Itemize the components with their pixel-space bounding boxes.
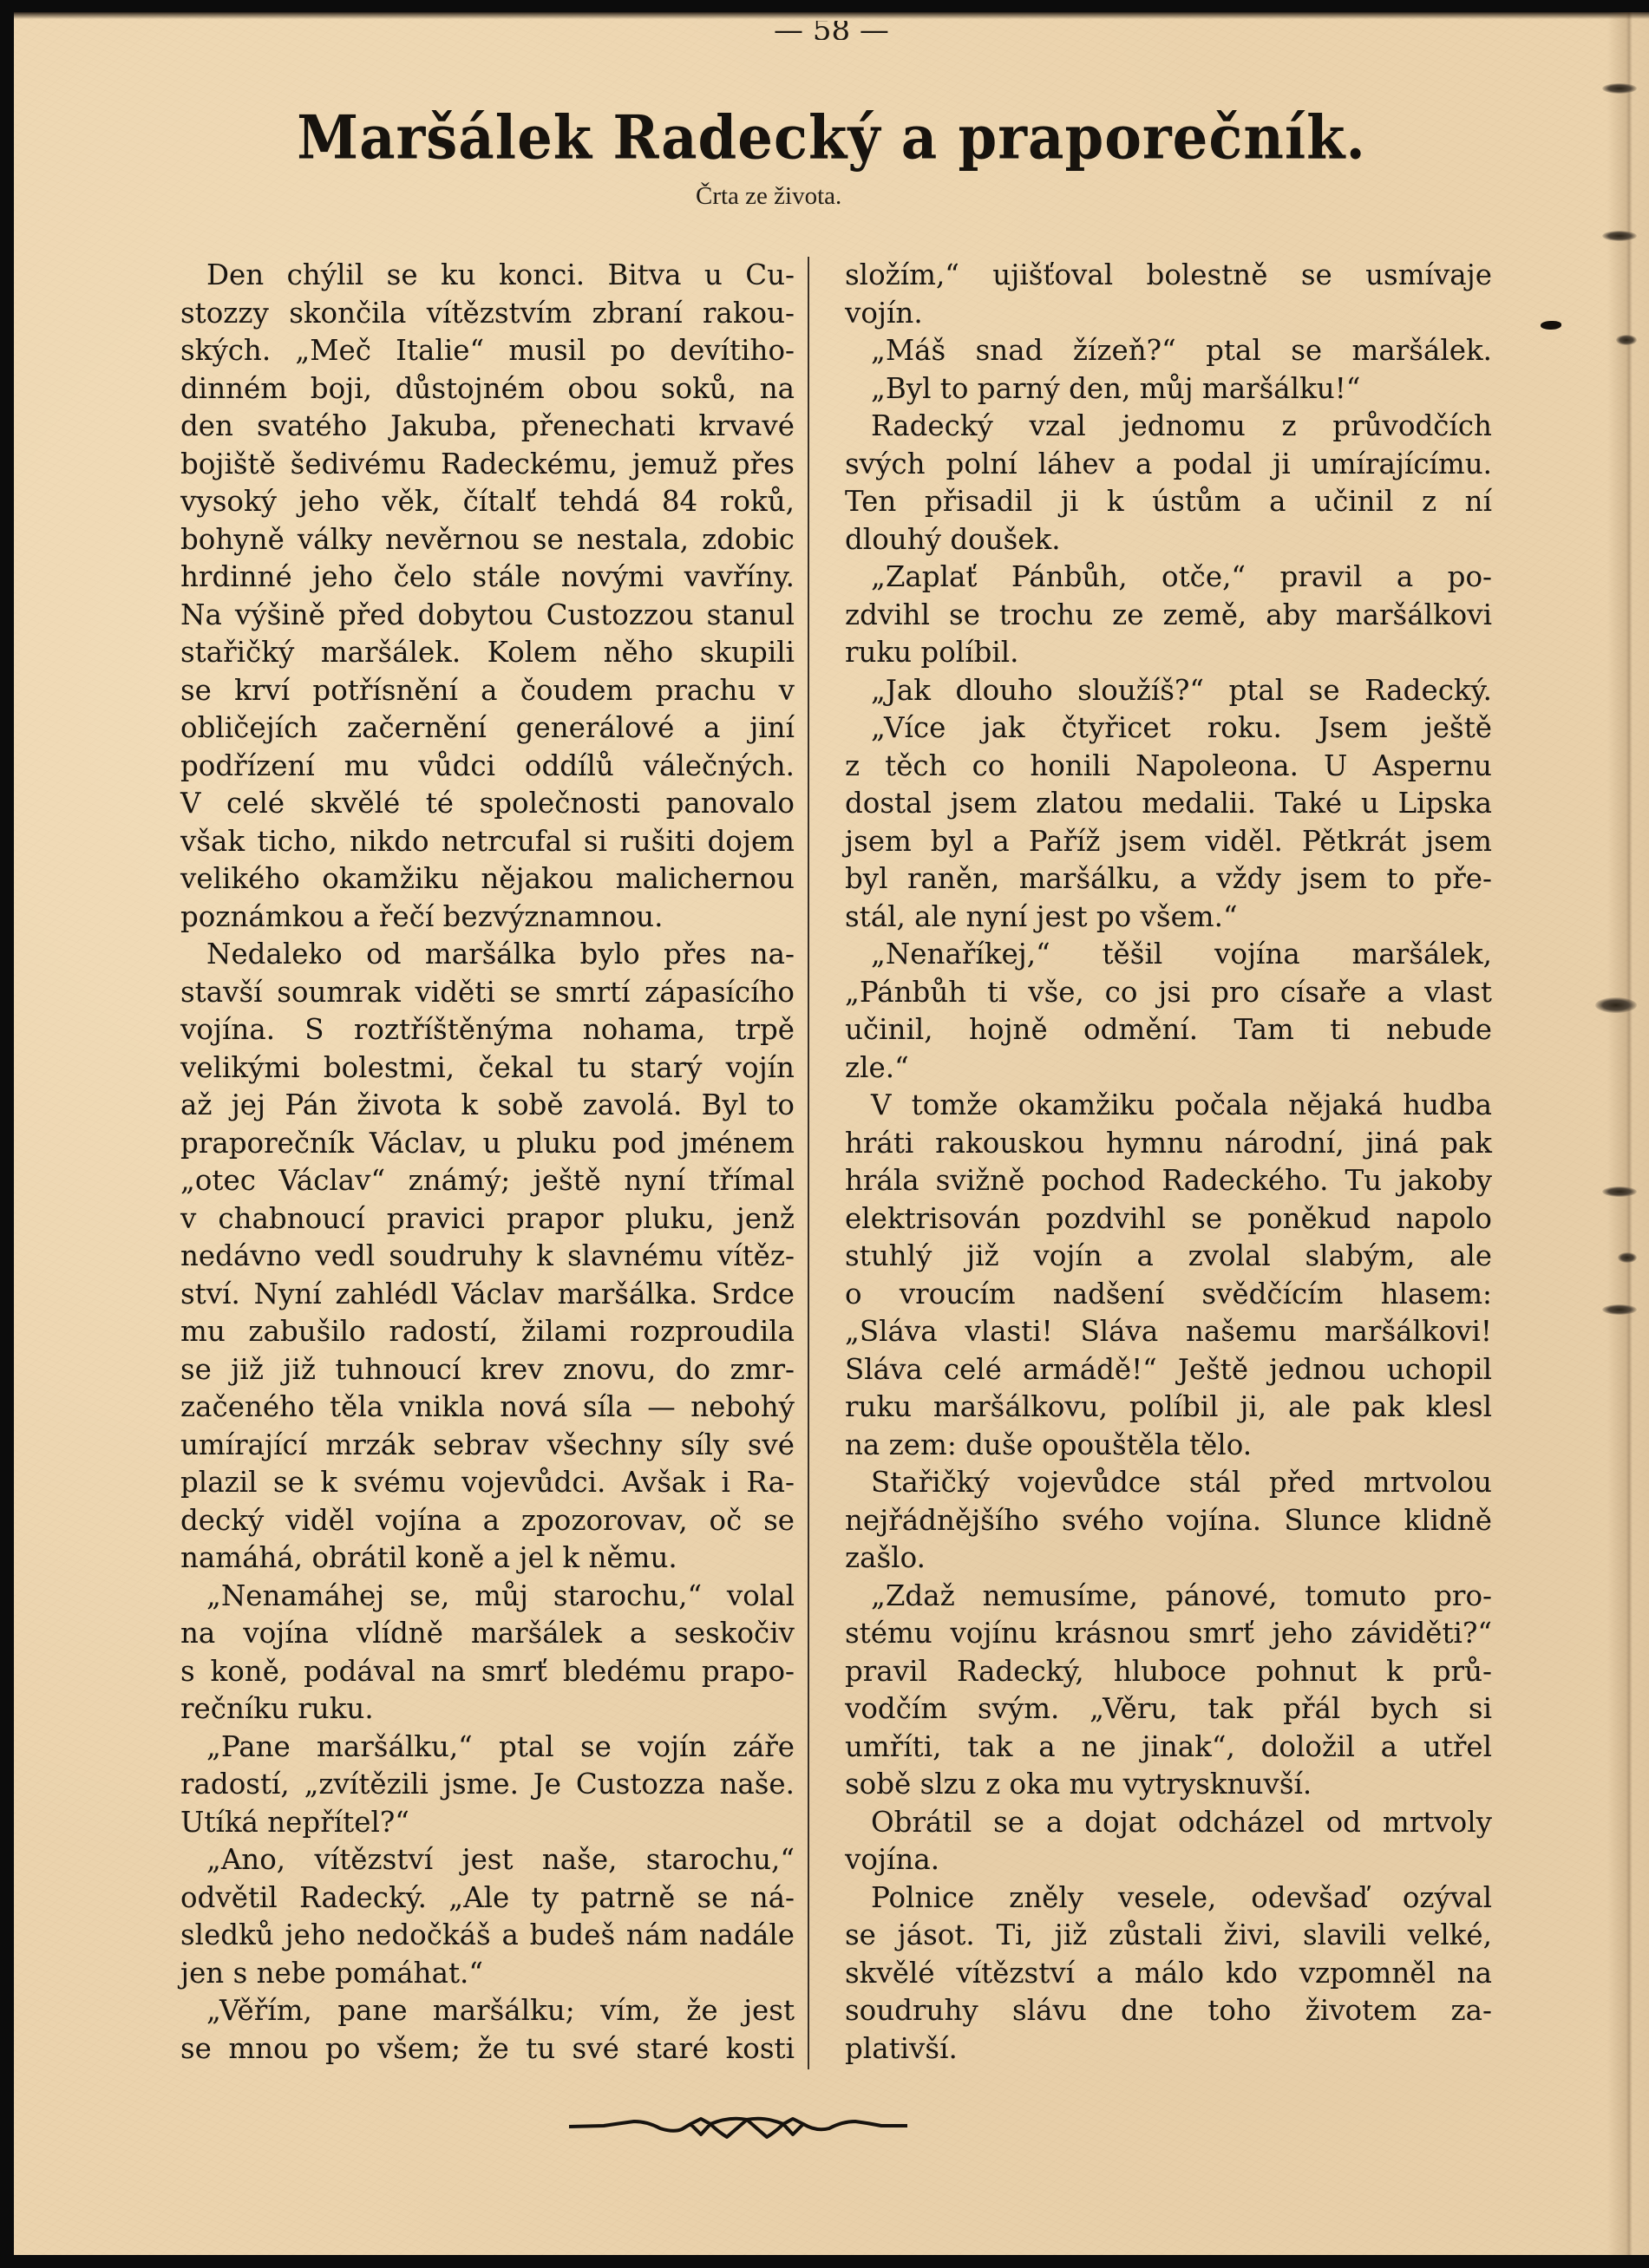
text-line: se mnou po všem; že tu své staré kosti [180, 2030, 795, 2069]
text-line: den svatého Jakuba, přenechati krvavé [180, 408, 795, 446]
text-line: z těch co honili Napoleona. U Aspernu [845, 748, 1492, 786]
text-line: vodčím svým. „Věru, tak přál bych si [845, 1690, 1492, 1729]
text-line: stál, ale nyní jest po všem.“ [845, 899, 1492, 937]
text-line: rečníku ruku. [180, 1690, 795, 1729]
text-line: „Věřím, pane maršálku; vím, že jest [180, 1992, 795, 2030]
text-line: složím,“ ujišťoval bolestně se usmívaje [845, 257, 1492, 295]
text-line: sledků jeho nedočkáš a budeš nám nadále [180, 1917, 795, 1955]
text-line: hrála svižně pochod Radeckého. Tu jakoby [845, 1162, 1492, 1200]
text-line: Nedaleko od maršálka bylo přes na- [180, 936, 795, 974]
text-line: nejřádnějšího svého vojína. Slunce klidn… [845, 1502, 1492, 1540]
binding-stitch-mark [1618, 1252, 1637, 1263]
text-line: stařičký maršálek. Kolem něho skupili [180, 634, 795, 672]
binding-stitch-mark [1602, 1304, 1637, 1315]
ink-blot [1541, 321, 1561, 330]
text-line: „Nenamáhej se, můj starochu,“ volal [180, 1578, 795, 1616]
page-top-shadow [14, 12, 1649, 19]
text-line: Obrátil se a dojat odcházel od mrtvoly [845, 1804, 1492, 1842]
text-line: „Zdaž nemusíme, pánové, tomuto pro- [845, 1578, 1492, 1616]
page-number: — 58 — [14, 21, 1649, 40]
text-line: vojína. [845, 1841, 1492, 1879]
text-line: ruku maršálkovu, políbil ji, ale pak kle… [845, 1389, 1492, 1427]
text-line: „Nenaříkej,“ těšil vojína maršálek, [845, 936, 1492, 974]
text-line: Stařičký vojevůdce stál před mrtvolou [845, 1464, 1492, 1502]
text-line: s koně, podával na smrť bledému prapo- [180, 1653, 795, 1691]
text-line: „Pane maršálku,“ ptal se vojín záře [180, 1729, 795, 1767]
text-line: vysoký jeho věk, čítalť tehdá 84 roků, [180, 483, 795, 521]
text-line: Utíká nepřítel?“ [180, 1804, 795, 1842]
text-line: V celé skvělé té společnosti panovalo [180, 785, 795, 823]
text-line: velikými bolestmi, čekal tu starý vojín [180, 1049, 795, 1088]
text-line: ství. Nyní zahlédl Václav maršálka. Srdc… [180, 1276, 795, 1314]
text-line: „Více jak čtyřicet roku. Jsem ještě [845, 709, 1492, 748]
text-line: bohyně války nevěrnou se nestala, zdobic [180, 521, 795, 559]
binding-stitch-mark [1602, 83, 1637, 94]
text-line: jsem byl a Paříž jsem viděl. Pětkrát jse… [845, 823, 1492, 861]
binding-stitch-mark [1616, 335, 1637, 345]
text-line: skvělé vítězství a málo kdo vzpomněl na [845, 1955, 1492, 1993]
text-line: decký viděl vojína a zpozorovav, oč se [180, 1502, 795, 1540]
text-line: jen s nebe pomáhat.“ [180, 1955, 795, 1993]
text-line: vojína. S roztříštěnýma nohama, trpě [180, 1011, 795, 1049]
right-text-column: složím,“ ujišťoval bolestně se usmívajev… [845, 257, 1492, 2068]
text-line: „Zaplať Pánbůh, otče,“ pravil a po- [845, 559, 1492, 597]
text-line: obličejích začernění generálové a jiní [180, 709, 795, 748]
left-text-column: Den chýlil se ku konci. Bitva u Cu-stozz… [180, 257, 795, 2068]
text-line: ských. „Meč Italie“ musil po devítiho- [180, 332, 795, 370]
article-subtitle: Črta ze života. [696, 182, 841, 211]
text-line: „Jak dlouho sloužíš?“ ptal se Radecký. [845, 672, 1492, 710]
text-line: hráti rakouskou hymnu národní, jiná pak [845, 1125, 1492, 1163]
text-line: Ten přisadil ji k ústům a učinil z ní [845, 483, 1492, 521]
text-line: soudruhy slávu dne toho životem za- [845, 1992, 1492, 2030]
text-line: zašlo. [845, 1539, 1492, 1578]
text-line: stému vojínu krásnou smrť jeho záviděti?… [845, 1615, 1492, 1653]
text-line: stozzy skončila vítězstvím zbraní rakou- [180, 295, 795, 333]
text-line: dlouhý doušek. [845, 521, 1492, 559]
text-line: odvětil Radecký. „Ale ty patrně se ná- [180, 1879, 795, 1918]
text-line: mu zabušilo radostí, žilami rozproudila [180, 1313, 795, 1351]
text-line: dinném boji, důstojném obou soků, na [180, 370, 795, 409]
text-line: bojiště šedivému Radeckému, jemuž přes [180, 446, 795, 484]
text-line: ruku políbil. [845, 634, 1492, 672]
text-line: „Sláva vlasti! Sláva našemu maršálkovi! [845, 1313, 1492, 1351]
text-line: až jej Pán života k sobě zavolá. Byl to [180, 1087, 795, 1125]
text-line: byl raněn, maršálku, a vždy jsem to pře- [845, 860, 1492, 899]
text-line: dostal jsem zlatou medalii. Také u Lipsk… [845, 785, 1492, 823]
text-line: zle.“ [845, 1049, 1492, 1088]
text-line: namáhá, obrátil koně a jel k němu. [180, 1539, 795, 1578]
text-line: Na výšině před dobytou Custozzou stanul [180, 597, 795, 635]
text-line: umírající mrzák sebrav všechny síly své [180, 1427, 795, 1465]
text-line: „Byl to parný den, můj maršálku!“ [845, 370, 1492, 409]
text-line: Den chýlil se ku konci. Bitva u Cu- [180, 257, 795, 295]
text-line: praporečník Václav, u pluku pod jménem [180, 1125, 795, 1163]
text-line: hrdinné jeho čelo stále novými vavříny. [180, 559, 795, 597]
binding-stitch-mark [1602, 1186, 1637, 1197]
text-line: začeného těla vnikla nová síla — nebohý [180, 1389, 795, 1427]
text-line: učinil, hojně odmění. Tam ti nebude [845, 1011, 1492, 1049]
text-line: „Ano, vítězství jest naše, starochu,“ [180, 1841, 795, 1879]
binding-stitch-mark [1602, 231, 1637, 241]
text-line: „Máš snad žízeň?“ ptal se maršálek. [845, 332, 1492, 370]
text-line: nedávno vedl soudruhy k slavnému vítěz- [180, 1238, 795, 1276]
text-line: sobě slzu z oka mu vytrysknuvší. [845, 1766, 1492, 1804]
text-line: elektrisován pozdvihl se poněkud napolo [845, 1200, 1492, 1239]
text-line: se krví potřísnění a čoudem prachu v [180, 672, 795, 710]
text-line: se jásot. Ti, již zůstali živi, slavili … [845, 1917, 1492, 1955]
text-line: však ticho, nikdo netrcufal si rušiti do… [180, 823, 795, 861]
text-line: stuhlý již vojín a zvolal slabým, ale [845, 1238, 1492, 1276]
text-line: stavší soumrak viděti se smrtí zápasícíh… [180, 974, 795, 1012]
text-line: velikého okamžiku nějakou malichernou [180, 860, 795, 899]
text-line: v chabnoucí pravici prapor pluku, jenž [180, 1200, 795, 1239]
text-line: „Pánbůh ti vše, co jsi pro císaře a vlas… [845, 974, 1492, 1012]
article-title: Maršálek Radecký a praporečník. [14, 103, 1649, 173]
text-line: radostí, „zvítězili jsme. Je Custozza na… [180, 1766, 795, 1804]
text-line: vojín. [845, 295, 1492, 333]
text-line: na zem: duše opouštěla tělo. [845, 1427, 1492, 1465]
text-line: se již již tuhnoucí krev znovu, do zmr- [180, 1351, 795, 1389]
text-line: zdvihl se trochu ze země, aby maršálkovi [845, 597, 1492, 635]
text-line: „otec Václav“ známý; ještě nyní třímal [180, 1162, 795, 1200]
text-line: Polnice zněly vesele, odevšaď ozýval [845, 1879, 1492, 1918]
text-line: Radecký vzal jednomu z průvodčích [845, 408, 1492, 446]
text-line: svých polní láhev a podal ji umírajícímu… [845, 446, 1492, 484]
book-page: — 58 — Maršálek Radecký a praporečník. Č… [14, 12, 1649, 2255]
page-fold-edge [1607, 12, 1649, 2255]
text-line: poznámkou a řečí bezvýznamnou. [180, 899, 795, 937]
text-line: plativší. [845, 2030, 1492, 2069]
text-line: pravil Radecký, hluboce pohnut k prů- [845, 1653, 1492, 1691]
column-divider [808, 257, 809, 2069]
text-line: o vroucím nadšení svědčícím hlasem: [845, 1276, 1492, 1314]
text-line: podřízení mu vůdci oddílů válečných. [180, 748, 795, 786]
text-line: na vojína vlídně maršálek a seskočiv [180, 1615, 795, 1653]
text-line: Sláva celé armádě!“ Ještě jednou uchopil [845, 1351, 1492, 1389]
text-line: V tomže okamžiku počala nějaká hudba [845, 1087, 1492, 1125]
text-line: plazil se k svému vojevůdci. Avšak i Ra- [180, 1464, 795, 1502]
text-line: umříti, tak a ne jinak“, doložil a utřel [845, 1729, 1492, 1767]
binding-stitch-mark [1595, 997, 1637, 1013]
end-ornament-icon [569, 2109, 907, 2144]
